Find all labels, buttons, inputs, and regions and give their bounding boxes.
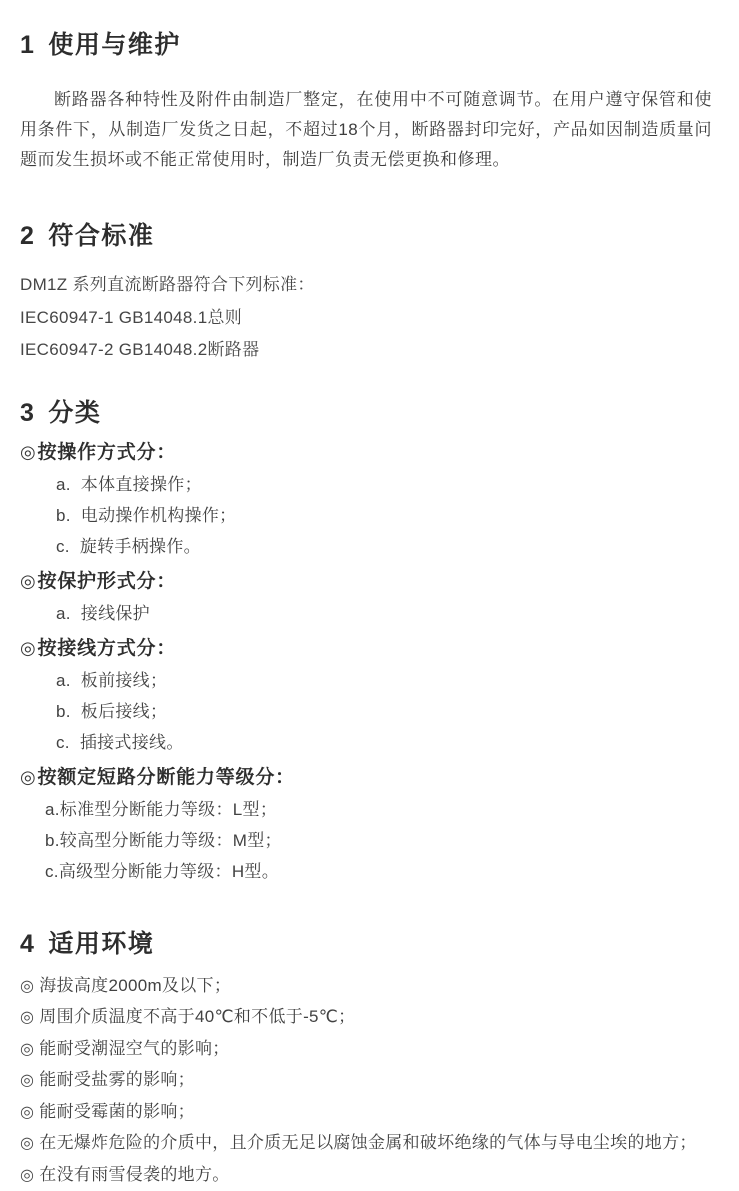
env-text: 能耐受霉菌的影响； [39, 1102, 195, 1121]
group-breaking-capacity: ◎按额定短路分断能力等级分： a.标准型分断能力等级：L型； b.较高型分断能力… [20, 761, 712, 887]
item-label: a. [56, 665, 71, 696]
group-title-text: 按额定短路分断能力等级分： [38, 767, 295, 788]
section-classification: 3分类 ◎按操作方式分： a.本体直接操作； b.电动操作机构操作； c.旋转手… [20, 398, 712, 887]
environment-list: ◎海拔高度2000m及以下； ◎周围介质温度不高于40℃和不低于-5℃； ◎能耐… [20, 971, 712, 1191]
list-item: ◎能耐受潮湿空气的影响； [20, 1034, 712, 1066]
item-label: a. [45, 794, 60, 825]
standard-line-iec60947-2: IEC60947-2 GB14048.2断路器 [20, 334, 712, 367]
standards-intro-line: DM1Z 系列直流断路器符合下列标准： [20, 269, 712, 302]
env-text: 能耐受潮湿空气的影响； [39, 1039, 229, 1058]
double-circle-bullet-icon: ◎ [20, 442, 37, 462]
list-item: ◎在没有雨雪侵袭的地方。 [20, 1160, 712, 1191]
document-page: 1使用与维护 断路器各种特性及附件由制造厂整定，在使用中不可随意调节。在用户遵守… [0, 0, 739, 1191]
env-text: 海拔高度2000m及以下； [39, 976, 231, 995]
item-text: 插接式接线。 [80, 733, 184, 752]
item-label: a. [56, 469, 71, 500]
item-text: 电动操作机构操作； [81, 506, 237, 525]
section-3-heading: 3分类 [20, 398, 712, 428]
section-4-heading: 4适用环境 [20, 929, 712, 959]
list-item: c.旋转手柄操作。 [20, 531, 712, 562]
list-item: ◎周围介质温度不高于40℃和不低于-5℃； [20, 1002, 712, 1034]
group-wiring-mode: ◎按接线方式分： a.板前接线； b.板后接线； c.插接式接线。 [20, 632, 712, 758]
list-item: b.较高型分断能力等级：M型； [20, 825, 712, 856]
list-item: b.板后接线； [20, 696, 712, 727]
group-breaking-capacity-title: ◎按额定短路分断能力等级分： [20, 761, 712, 794]
group-title-text: 按保护形式分： [38, 571, 177, 592]
double-circle-bullet-icon: ◎ [20, 1135, 34, 1152]
item-text: 较高型分断能力等级：M型； [60, 831, 282, 850]
double-circle-bullet-icon: ◎ [20, 1104, 34, 1121]
classification-groups: ◎按操作方式分： a.本体直接操作； b.电动操作机构操作； c.旋转手柄操作。… [20, 436, 712, 887]
section-3-number: 3 [20, 398, 35, 428]
double-circle-bullet-icon: ◎ [20, 1167, 34, 1184]
list-item: a.标准型分断能力等级：L型； [20, 794, 712, 825]
list-item: ◎海拔高度2000m及以下； [20, 971, 712, 1003]
section-environment: 4适用环境 ◎海拔高度2000m及以下； ◎周围介质温度不高于40℃和不低于-5… [20, 929, 712, 1191]
section-1-heading: 1使用与维护 [20, 30, 712, 60]
item-label: c. [56, 531, 70, 562]
item-text: 板后接线； [81, 702, 168, 721]
list-item: b.电动操作机构操作； [20, 500, 712, 531]
item-label: c. [45, 856, 59, 887]
double-circle-bullet-icon: ◎ [20, 978, 34, 995]
double-circle-bullet-icon: ◎ [20, 1009, 34, 1026]
section-standards: 2符合标准 DM1Z 系列直流断路器符合下列标准： IEC60947-1 GB1… [20, 221, 712, 367]
section-4-number: 4 [20, 929, 35, 959]
list-item: c.插接式接线。 [20, 727, 712, 758]
list-item: a.本体直接操作； [20, 469, 712, 500]
env-text: 能耐受盐雾的影响； [39, 1070, 195, 1089]
double-circle-bullet-icon: ◎ [20, 1041, 34, 1058]
group-protection-form-title: ◎按保护形式分： [20, 565, 712, 598]
standard-line-iec60947-1: IEC60947-1 GB14048.1总则 [20, 302, 712, 335]
list-item: a.接线保护 [20, 598, 712, 629]
section-1-title: 使用与维护 [48, 31, 181, 59]
item-label: b. [56, 696, 71, 727]
item-label: b. [45, 825, 60, 856]
item-label: b. [56, 500, 71, 531]
item-text: 板前接线； [81, 671, 168, 690]
list-item: ◎能耐受盐雾的影响； [20, 1065, 712, 1097]
double-circle-bullet-icon: ◎ [20, 571, 37, 591]
item-label: c. [56, 727, 70, 758]
item-text: 高级型分断能力等级：H型。 [59, 862, 279, 881]
group-operation-mode: ◎按操作方式分： a.本体直接操作； b.电动操作机构操作； c.旋转手柄操作。 [20, 436, 712, 562]
item-text: 标准型分断能力等级：L型； [60, 800, 277, 819]
standards-list: DM1Z 系列直流断路器符合下列标准： IEC60947-1 GB14048.1… [20, 269, 712, 367]
group-title-text: 按接线方式分： [38, 638, 177, 659]
section-2-heading: 2符合标准 [20, 221, 712, 251]
group-operation-mode-title: ◎按操作方式分： [20, 436, 712, 469]
list-item: ◎能耐受霉菌的影响； [20, 1097, 712, 1129]
section-3-title: 分类 [48, 399, 101, 427]
section-4-title: 适用环境 [48, 930, 154, 958]
section-use-maintenance: 1使用与维护 断路器各种特性及附件由制造厂整定，在使用中不可随意调节。在用户遵守… [20, 30, 712, 175]
section-1-number: 1 [20, 30, 35, 60]
maintenance-paragraph: 断路器各种特性及附件由制造厂整定，在使用中不可随意调节。在用户遵守保管和使用条件… [20, 85, 712, 175]
list-item: ◎在无爆炸危险的介质中，且介质无足以腐蚀金属和破坏绝缘的气体与导电尘埃的地方； [20, 1128, 712, 1160]
double-circle-bullet-icon: ◎ [20, 638, 37, 658]
env-text: 周围介质温度不高于40℃和不低于-5℃； [39, 1007, 355, 1026]
group-title-text: 按操作方式分： [38, 442, 177, 463]
item-text: 接线保护 [81, 604, 150, 623]
section-2-title: 符合标准 [48, 222, 154, 250]
item-text: 本体直接操作； [81, 475, 202, 494]
list-item: a.板前接线； [20, 665, 712, 696]
section-2-number: 2 [20, 221, 35, 251]
item-text: 旋转手柄操作。 [80, 537, 201, 556]
double-circle-bullet-icon: ◎ [20, 1072, 34, 1089]
group-protection-form: ◎按保护形式分： a.接线保护 [20, 565, 712, 629]
group-wiring-mode-title: ◎按接线方式分： [20, 632, 712, 665]
double-circle-bullet-icon: ◎ [20, 767, 37, 787]
list-item: c.高级型分断能力等级：H型。 [20, 856, 712, 887]
env-text: 在没有雨雪侵袭的地方。 [39, 1165, 229, 1184]
item-label: a. [56, 598, 71, 629]
env-text: 在无爆炸危险的介质中，且介质无足以腐蚀金属和破坏绝缘的气体与导电尘埃的地方； [39, 1133, 696, 1152]
